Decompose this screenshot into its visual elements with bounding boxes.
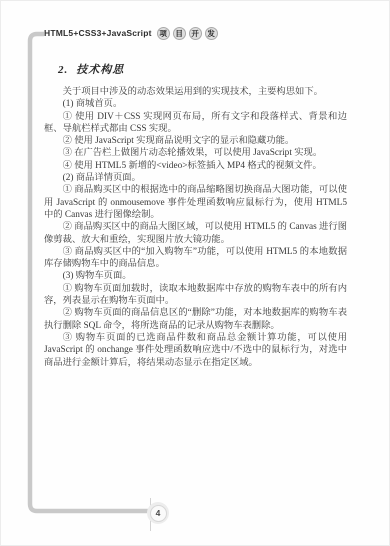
book-page: HTML5+CSS3+JavaScript 项目开发 2. 技术构思 关于项目中… [0, 0, 390, 546]
section-number: 2. [58, 64, 68, 76]
header-char-badge: 开 [189, 27, 202, 40]
body-paragraph: ③ 商品购买区中的“加入购物车”功能，可以使用 HTML5 的本地数据库存储购物… [44, 246, 347, 271]
body-paragraphs: 关于项目中涉及的动态效果运用到的实现技术，主要构思如下。(1) 商城首页。① 使… [44, 86, 347, 369]
body-paragraph: ③ 购物车页面的已选商品件数和商品总金额计算功能，可以使用 JavaScript… [44, 332, 347, 369]
body-paragraph: ② 使用 JavaScript 实现商品说明文字的显示和隐藏功能。 [44, 135, 347, 147]
body-paragraph: (1) 商城首页。 [44, 98, 347, 110]
header-title-en: HTML5+CSS3+JavaScript [44, 28, 152, 38]
header-char-badge: 项 [157, 27, 170, 40]
page-header: HTML5+CSS3+JavaScript 项目开发 [44, 26, 218, 40]
header-title-cn: 项目开发 [157, 27, 218, 40]
body-paragraph: ① 商品购买区中的根据选中的商品缩略图切换商品大图功能，可以使用 JavaScr… [44, 184, 347, 221]
page-number-badge: 4 [147, 502, 169, 524]
body-paragraph: ② 购物车页面的商品信息区的“删除”功能，对本地数据库的购物车表执行删除 SQL… [44, 307, 347, 332]
body-paragraph: ① 购物车页面加载时，读取本地数据库中存放的购物车表中的所有内容，列表显示在购物… [44, 283, 347, 308]
page-number: 4 [150, 505, 167, 522]
body-paragraph: 关于项目中涉及的动态效果运用到的实现技术，主要构思如下。 [44, 86, 347, 98]
body-paragraph: (2) 商品详情页面。 [44, 172, 347, 184]
header-char-badge: 目 [173, 27, 186, 40]
header-char-badge: 发 [205, 27, 218, 40]
body-paragraph: ④ 使用 HTML5 新增的<video>标签插入 MP4 格式的视频文件。 [44, 160, 347, 172]
body-paragraph: ③ 在广告栏上做图片动态轮播效果，可以使用 JavaScript 实现。 [44, 147, 347, 159]
section-heading: 2. 技术构思 [58, 61, 347, 77]
section-title: 技术构思 [76, 61, 124, 77]
page-content: 2. 技术构思 关于项目中涉及的动态效果运用到的实现技术，主要构思如下。(1) … [44, 61, 347, 369]
body-paragraph: ② 商品购买区中的商品大图区域，可以使用 HTML5 的 Canvas 进行图像… [44, 221, 347, 246]
body-paragraph: ① 使用 DIV＋CSS 实现网页布局，所有文字和段落样式、背景和边框、导航栏样… [44, 111, 347, 136]
body-paragraph: (3) 购物车页面。 [44, 270, 347, 282]
